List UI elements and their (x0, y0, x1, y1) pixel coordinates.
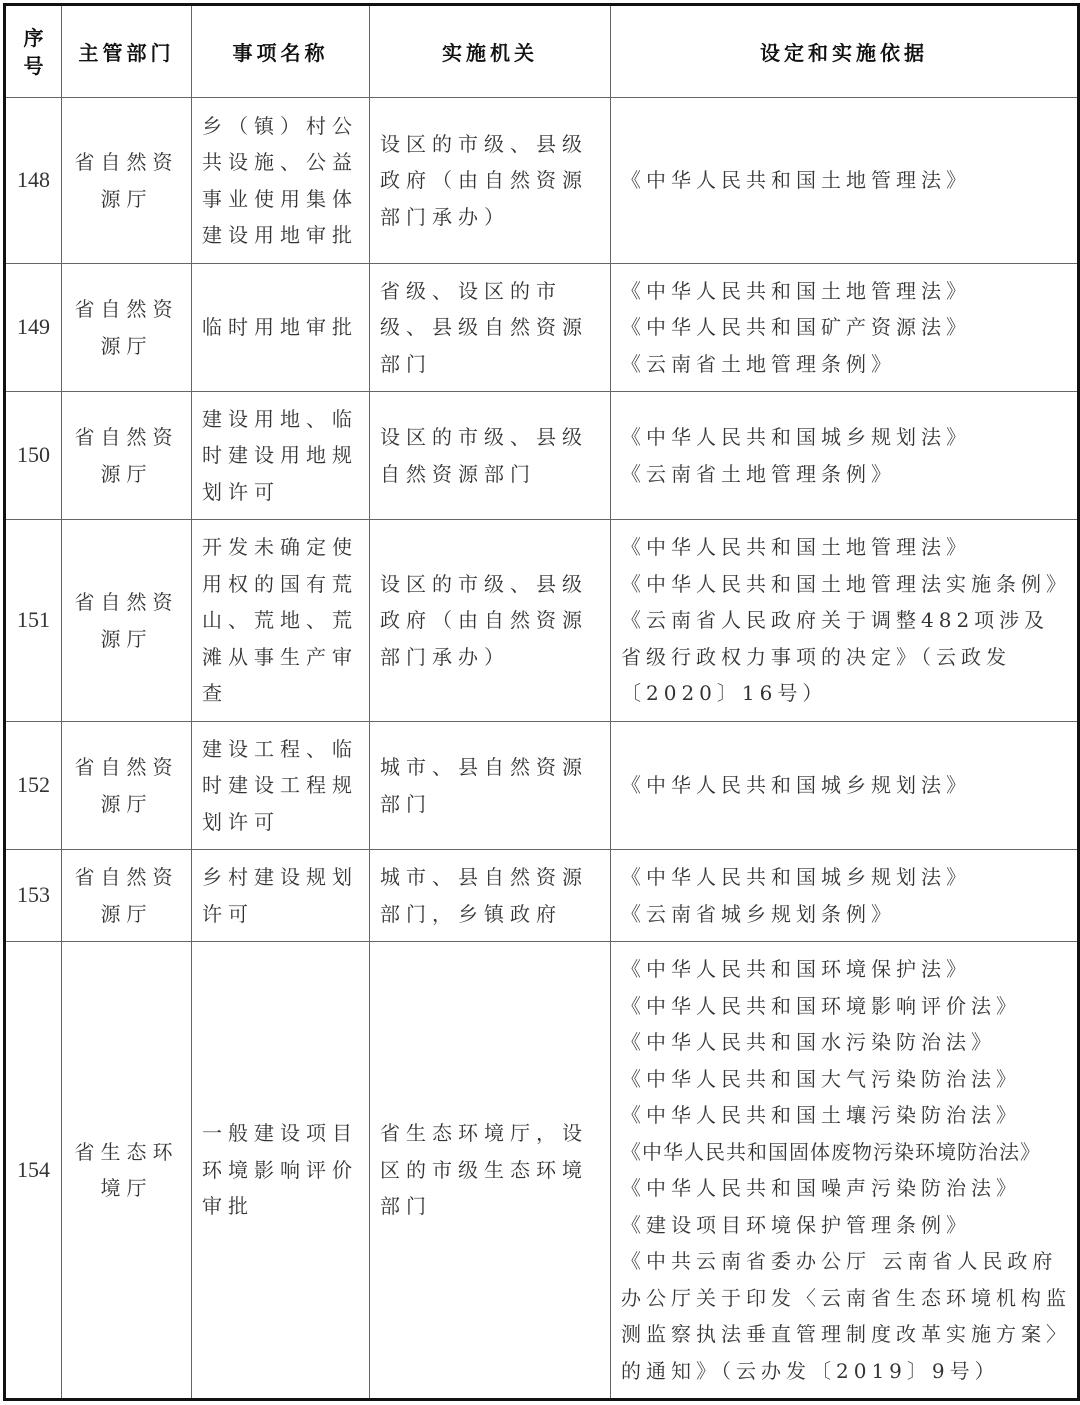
basis-line: 《中华人民共和国环境保护法》 (621, 951, 1073, 988)
row-seq: 151 (5, 520, 62, 722)
row-dept: 省自然资源厅 (62, 722, 192, 850)
basis-line: 《中华人民共和国土地管理法》 (621, 529, 1073, 566)
row-item: 一般建设项目环境影响评价审批 (192, 942, 370, 1400)
row-dept: 省自然资源厅 (62, 520, 192, 722)
basis-line: 《中华人民共和国噪声污染防治法》 (621, 1170, 1073, 1207)
row-item: 开发未确定使用权的国有荒山、荒地、荒滩从事生产审查 (192, 520, 370, 722)
basis-line: 《中华人民共和国土地管理法》 (621, 273, 1073, 310)
row-basis: 《中华人民共和国城乡规划法》 《云南省城乡规划条例》 (611, 850, 1079, 942)
row-seq: 153 (5, 850, 62, 942)
basis-line: 《中华人民共和国土壤污染防治法》 (621, 1097, 1073, 1134)
row-dept: 省自然资源厅 (62, 264, 192, 392)
basis-line: 《中华人民共和国城乡规划法》 (621, 767, 1073, 804)
row-seq: 152 (5, 722, 62, 850)
basis-line: 《中华人民共和国土地管理法》 (621, 162, 1073, 199)
basis-line: 《中华人民共和国城乡规划法》 (621, 859, 1073, 896)
row-seq: 148 (5, 98, 62, 264)
table-row: 154 省生态环境厅 一般建设项目环境影响评价审批 省生态环境厅，设区的市级生态… (5, 942, 1079, 1400)
basis-line: 《中华人民共和国城乡规划法》 (621, 419, 1073, 456)
row-dept: 省自然资源厅 (62, 392, 192, 520)
basis-line: 《云南省土地管理条例》 (621, 456, 1073, 493)
row-org: 设区的市级、县级自然资源部门 (370, 392, 611, 520)
row-org: 省生态环境厅，设区的市级生态环境部门 (370, 942, 611, 1400)
header-seq-label: 序号 (22, 24, 46, 80)
row-basis: 《中华人民共和国城乡规划法》 《云南省土地管理条例》 (611, 392, 1079, 520)
basis-line: 《中华人民共和国固体废物污染环境防治法》 (621, 1134, 1073, 1171)
row-dept: 省自然资源厅 (62, 98, 192, 264)
row-basis: 《中华人民共和国环境保护法》 《中华人民共和国环境影响评价法》 《中华人民共和国… (611, 942, 1079, 1400)
row-seq: 149 (5, 264, 62, 392)
row-org: 城市、县自然资源部门 (370, 722, 611, 850)
row-org: 省级、设区的市级、县级自然资源部门 (370, 264, 611, 392)
basis-line: 《云南省人民政府关于调整482项涉及省级行政权力事项的决定》（云政发〔2020〕… (621, 602, 1073, 712)
basis-line: 《建设项目环境保护管理条例》 (621, 1207, 1073, 1244)
basis-line: 《云南省城乡规划条例》 (621, 896, 1073, 933)
row-dept: 省自然资源厅 (62, 850, 192, 942)
header-seq: 序号 (5, 5, 62, 98)
row-basis: 《中华人民共和国土地管理法》 (611, 98, 1079, 264)
table-row: 149 省自然资源厅 临时用地审批 省级、设区的市级、县级自然资源部门 《中华人… (5, 264, 1079, 392)
table-row: 150 省自然资源厅 建设用地、临时建设用地规划许可 设区的市级、县级自然资源部… (5, 392, 1079, 520)
basis-line: 《中华人民共和国土地管理法实施条例》 (621, 566, 1073, 603)
row-basis: 《中华人民共和国土地管理法》 《中华人民共和国土地管理法实施条例》 《云南省人民… (611, 520, 1079, 722)
row-item: 乡村建设规划许可 (192, 850, 370, 942)
row-org: 设区的市级、县级政府（由自然资源部门承办） (370, 520, 611, 722)
header-row: 序号 主管部门 事项名称 实施机关 设定和实施依据 (5, 5, 1079, 98)
row-item: 乡（镇）村公共设施、公益事业使用集体建设用地审批 (192, 98, 370, 264)
header-basis: 设定和实施依据 (611, 5, 1079, 98)
table-row: 151 省自然资源厅 开发未确定使用权的国有荒山、荒地、荒滩从事生产审查 设区的… (5, 520, 1079, 722)
row-org: 城市、县自然资源部门，乡镇政府 (370, 850, 611, 942)
basis-line: 《云南省土地管理条例》 (621, 346, 1073, 383)
administrative-items-table: 序号 主管部门 事项名称 实施机关 设定和实施依据 148 省自然资源厅 乡（镇… (3, 3, 1080, 1401)
row-dept: 省生态环境厅 (62, 942, 192, 1400)
header-org: 实施机关 (370, 5, 611, 98)
row-org: 设区的市级、县级政府（由自然资源部门承办） (370, 98, 611, 264)
basis-line: 《中共云南省委办公厅 云南省人民政府办公厅关于印发〈云南省生态环境机构监测监察执… (621, 1243, 1073, 1389)
table-row: 153 省自然资源厅 乡村建设规划许可 城市、县自然资源部门，乡镇政府 《中华人… (5, 850, 1079, 942)
row-item: 建设工程、临时建设工程规划许可 (192, 722, 370, 850)
row-seq: 150 (5, 392, 62, 520)
row-basis: 《中华人民共和国城乡规划法》 (611, 722, 1079, 850)
row-basis: 《中华人民共和国土地管理法》 《中华人民共和国矿产资源法》 《云南省土地管理条例… (611, 264, 1079, 392)
basis-line: 《中华人民共和国水污染防治法》 (621, 1024, 1073, 1061)
row-item: 临时用地审批 (192, 264, 370, 392)
basis-line: 《中华人民共和国大气污染防治法》 (621, 1061, 1073, 1098)
header-dept: 主管部门 (62, 5, 192, 98)
table-row: 148 省自然资源厅 乡（镇）村公共设施、公益事业使用集体建设用地审批 设区的市… (5, 98, 1079, 264)
basis-line: 《中华人民共和国环境影响评价法》 (621, 988, 1073, 1025)
row-item: 建设用地、临时建设用地规划许可 (192, 392, 370, 520)
header-item: 事项名称 (192, 5, 370, 98)
table-row: 152 省自然资源厅 建设工程、临时建设工程规划许可 城市、县自然资源部门 《中… (5, 722, 1079, 850)
basis-line: 《中华人民共和国矿产资源法》 (621, 309, 1073, 346)
row-seq: 154 (5, 942, 62, 1400)
